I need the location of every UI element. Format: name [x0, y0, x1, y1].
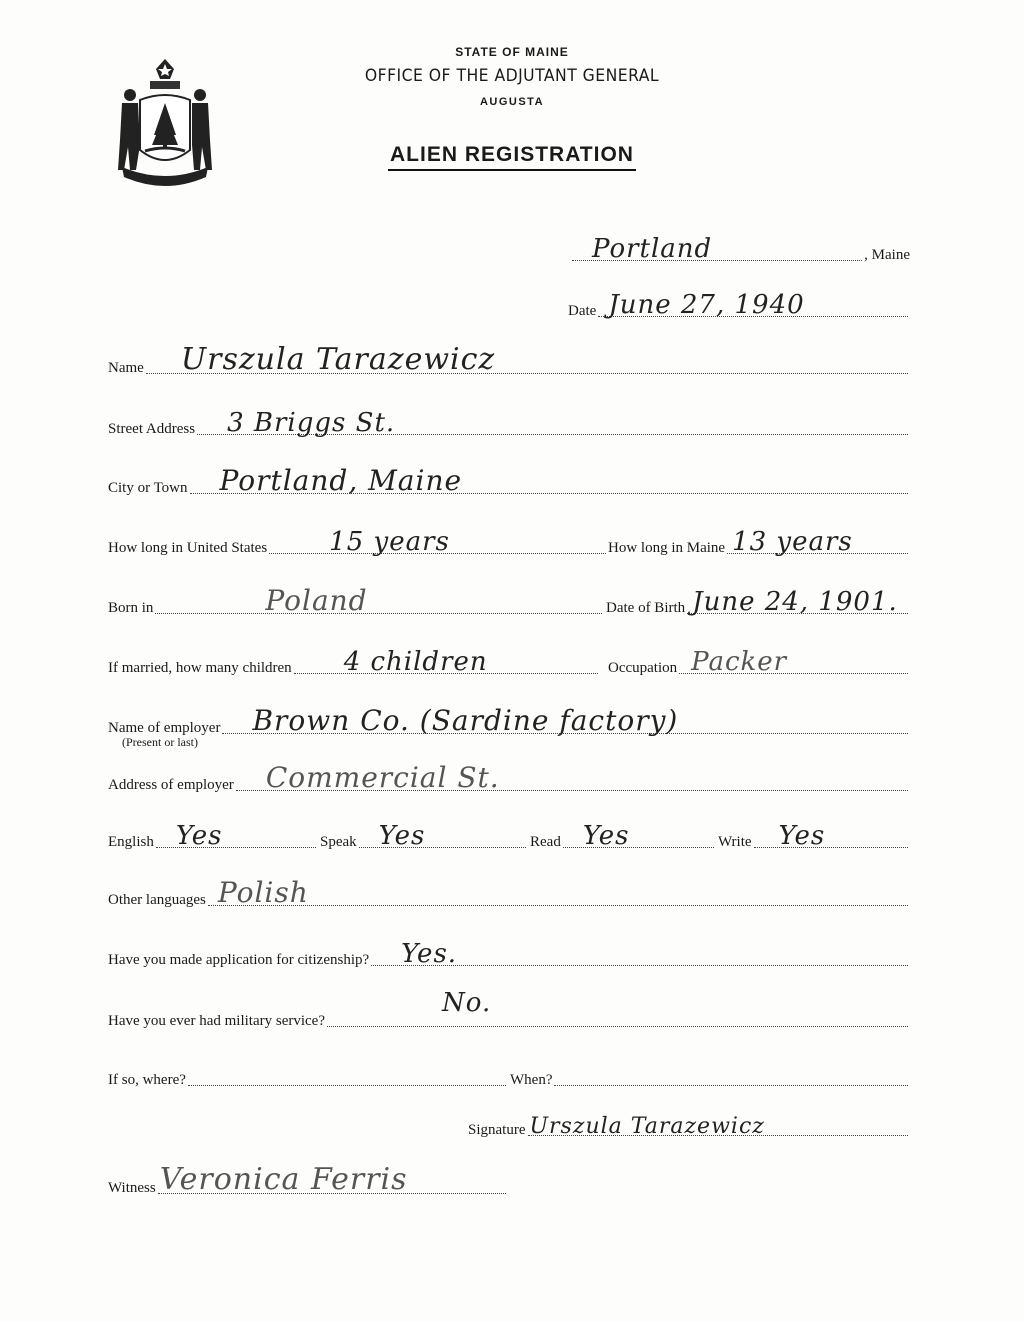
- military-label: Have you ever had military service?: [108, 1013, 325, 1030]
- place-value: Portland: [592, 234, 712, 264]
- write-field[interactable]: Write Yes: [718, 834, 910, 851]
- date-field[interactable]: Date June 27, 1940: [568, 303, 910, 320]
- place-suffix: , Maine: [864, 247, 910, 264]
- witness-label: Witness: [108, 1180, 156, 1197]
- name-field[interactable]: Name Urszula Tarazewicz: [108, 360, 910, 377]
- street-address-field[interactable]: Street Address 3 Briggs St.: [108, 421, 910, 438]
- other-languages-field[interactable]: Other languages Polish: [108, 892, 910, 909]
- city-field[interactable]: City or Town Portland, Maine: [108, 480, 910, 497]
- how-long-maine-label: How long in Maine: [608, 540, 725, 557]
- name-value: Urszula Tarazewicz: [181, 342, 495, 377]
- born-in-value: Poland: [265, 584, 367, 617]
- employer-name-field[interactable]: Name of employer Brown Co. (Sardine fact…: [108, 720, 910, 737]
- read-field[interactable]: Read Yes: [530, 834, 716, 851]
- military-value: No.: [442, 988, 491, 1018]
- english-label: English: [108, 834, 154, 851]
- other-languages-label: Other languages: [108, 892, 206, 909]
- header-city: AUGUSTA: [0, 96, 1024, 108]
- signature-value: Urszula Tarazewicz: [530, 1114, 765, 1139]
- place-field[interactable]: Portland , Maine: [570, 247, 910, 264]
- name-label: Name: [108, 360, 144, 377]
- date-of-birth-label: Date of Birth: [606, 600, 685, 617]
- how-long-maine-field[interactable]: How long in Maine 13 years: [608, 540, 910, 557]
- date-value: June 27, 1940: [608, 290, 804, 320]
- witness-field[interactable]: Witness Veronica Ferris: [108, 1180, 508, 1197]
- city-value: Portland, Maine: [220, 464, 463, 497]
- military-field[interactable]: Have you ever had military service? No.: [108, 1013, 910, 1030]
- occupation-value: Packer: [691, 647, 787, 677]
- born-in-field[interactable]: Born in Poland: [108, 600, 604, 617]
- when-label: When?: [510, 1072, 552, 1089]
- english-field[interactable]: English Yes: [108, 834, 318, 851]
- form-title-text: ALIEN REGISTRATION: [388, 143, 636, 171]
- citizenship-field[interactable]: Have you made application for citizenshi…: [108, 952, 910, 969]
- children-label: If married, how many children: [108, 660, 292, 677]
- witness-value: Veronica Ferris: [160, 1162, 408, 1197]
- signature-field[interactable]: Signature Urszula Tarazewicz: [468, 1122, 910, 1139]
- where-label: If so, where?: [108, 1072, 186, 1089]
- how-long-maine-value: 13 years: [732, 527, 853, 557]
- english-value: Yes: [176, 821, 223, 851]
- citizenship-label: Have you made application for citizenshi…: [108, 952, 369, 969]
- date-of-birth-field[interactable]: Date of Birth June 24, 1901.: [606, 600, 910, 617]
- born-in-label: Born in: [108, 600, 153, 617]
- date-label: Date: [568, 303, 596, 320]
- form-title: ALIEN REGISTRATION: [0, 143, 1024, 167]
- speak-value: Yes: [379, 821, 426, 851]
- citizenship-value: Yes.: [401, 939, 457, 969]
- employer-name-value: Brown Co. (Sardine factory): [252, 704, 678, 737]
- employer-address-label: Address of employer: [108, 777, 234, 794]
- write-value: Yes: [779, 821, 826, 851]
- street-address-label: Street Address: [108, 421, 195, 438]
- children-value: 4 children: [344, 647, 488, 677]
- read-value: Yes: [583, 821, 630, 851]
- how-long-us-label: How long in United States: [108, 540, 267, 557]
- speak-field[interactable]: Speak Yes: [320, 834, 528, 851]
- header-office: OFFICE OF THE ADJUTANT GENERAL: [41, 66, 983, 86]
- children-field[interactable]: If married, how many children 4 children: [108, 660, 600, 677]
- employer-address-value: Commercial St.: [266, 761, 500, 794]
- how-long-us-value: 15 years: [329, 527, 450, 557]
- speak-label: Speak: [320, 834, 357, 851]
- read-label: Read: [530, 834, 561, 851]
- where-field[interactable]: If so, where?: [108, 1072, 508, 1089]
- date-of-birth-value: June 24, 1901.: [692, 587, 898, 617]
- city-label: City or Town: [108, 480, 188, 497]
- employer-address-field[interactable]: Address of employer Commercial St.: [108, 777, 910, 794]
- occupation-label: Occupation: [608, 660, 677, 677]
- employer-name-sublabel: (Present or last): [122, 735, 198, 750]
- signature-label: Signature: [468, 1122, 526, 1139]
- when-field[interactable]: When?: [510, 1072, 910, 1089]
- how-long-us-field[interactable]: How long in United States 15 years: [108, 540, 608, 557]
- street-address-value: 3 Briggs St.: [227, 408, 395, 438]
- occupation-field[interactable]: Occupation Packer: [608, 660, 910, 677]
- header-state: STATE OF MAINE: [0, 45, 1024, 59]
- other-languages-value: Polish: [218, 876, 309, 909]
- write-label: Write: [718, 834, 752, 851]
